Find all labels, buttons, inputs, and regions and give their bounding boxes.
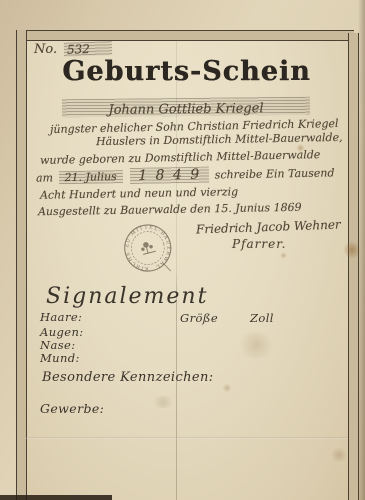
- scan-shadow-bottom-left: [0, 495, 112, 500]
- document-number-prefix: No.: [34, 42, 57, 57]
- field-label-zoll: Zoll: [250, 311, 274, 325]
- birth-date-prefix: am: [36, 171, 53, 184]
- birth-year: 1 8 4 9: [138, 167, 201, 184]
- holder-name: Johann Gottlieb Kriegel: [108, 101, 263, 118]
- signalement-heading: Signalement: [46, 284, 208, 309]
- horizontal-fold-line: [26, 437, 348, 439]
- field-label-groesse: Größe: [180, 311, 218, 325]
- field-label-nase: Nase:: [40, 338, 76, 352]
- document-number-band: 532: [64, 41, 112, 57]
- birth-year-band: 1 8 4 9: [130, 167, 209, 184]
- birth-certificate-document: No. 532 Geburts-Schein Johann Gottlieb K…: [0, 0, 365, 500]
- seal-emblem-icon: [140, 240, 156, 254]
- birth-day-band: 21. Julius: [58, 170, 122, 184]
- field-label-mund: Mund:: [40, 351, 80, 365]
- frame-left-ornament: [16, 30, 27, 500]
- signature-role: Pfarrer.: [232, 237, 286, 251]
- field-label-haare: Haare:: [40, 310, 82, 324]
- frame-top-ornament: [20, 30, 354, 41]
- birth-date-suffix: schreibe Ein Tausend: [215, 166, 335, 181]
- field-label-augen: Augen:: [40, 325, 84, 339]
- field-label-gewerbe: Gewerbe:: [40, 401, 104, 416]
- document-number-value: 532: [67, 42, 90, 57]
- field-label-kennzeichen: Besondere Kennzeichen:: [42, 370, 214, 385]
- document-number: No. 532: [34, 42, 112, 57]
- certificate-title: Geburts-Schein: [25, 56, 348, 87]
- birth-day: 21. Julius: [64, 170, 116, 184]
- holder-name-band: Johann Gottlieb Kriegel: [62, 97, 310, 118]
- paper-edge-shading: [358, 0, 365, 500]
